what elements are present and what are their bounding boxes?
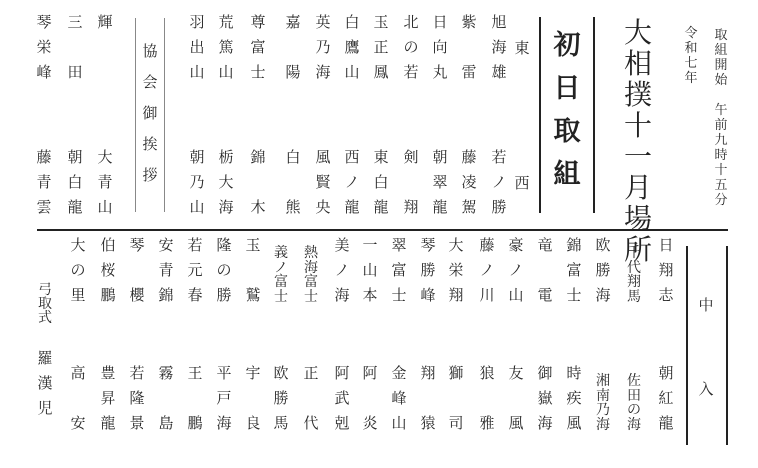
glyph: 勝 [419, 258, 437, 283]
east-wrestler: 安青錦 [157, 233, 175, 308]
glyph: 翔 [447, 283, 465, 308]
glyph: 富 [390, 258, 408, 283]
west-wrestler: 東白龍 [372, 145, 390, 220]
glyph: 山 [343, 60, 361, 85]
glyph: ノ [343, 170, 361, 195]
west-wrestler: 豊昇龍 [99, 361, 117, 436]
glyph: 栄 [447, 258, 465, 283]
glyph: 昇 [99, 386, 117, 411]
west-wrestler: 金峰山 [390, 361, 408, 436]
break-box-left-rule [686, 246, 688, 445]
glyph: 熱 [302, 246, 320, 261]
glyph: 取 [712, 28, 730, 43]
glyph: 三 [66, 10, 84, 35]
east-wrestler: 翠富士 [390, 233, 408, 308]
glyph: 乃 [188, 170, 206, 195]
glyph: 錦 [565, 233, 583, 258]
glyph: 丸 [431, 60, 449, 85]
glyph: 龍 [66, 195, 84, 220]
bow-ceremony-label: 弓取式 [36, 283, 54, 325]
glyph: 日 [552, 67, 582, 110]
glyph: 若 [402, 60, 420, 85]
east-wrestler: 竜 電 [536, 233, 554, 308]
glyph [157, 386, 175, 411]
glyph: 山 [96, 195, 114, 220]
glyph [302, 386, 320, 411]
glyph: 獅 [447, 361, 465, 386]
west-wrestler: 宇 良 [244, 361, 262, 436]
glyph: 士 [302, 290, 320, 305]
west-wrestler: 御嶽海 [536, 361, 554, 436]
glyph: 英 [314, 10, 332, 35]
glyph [249, 170, 267, 195]
glyph: 代 [625, 261, 643, 276]
glyph: 良 [244, 411, 262, 436]
glyph [536, 258, 554, 283]
glyph: 若 [490, 145, 508, 170]
west-wrestler: 友 風 [507, 361, 525, 436]
glyph: 嶽 [536, 386, 554, 411]
glyph: 組 [552, 153, 582, 196]
east-wrestler: 豪ノ山 [507, 233, 525, 308]
glyph: 千 [625, 246, 643, 261]
glyph: 場 [623, 203, 653, 234]
west-wrestler: 風賢央 [314, 145, 332, 220]
glyph: 景 [128, 411, 146, 436]
glyph: 輝 [96, 10, 114, 35]
glyph: 翔 [402, 195, 420, 220]
glyph: 青 [96, 170, 114, 195]
glyph: 海 [536, 411, 554, 436]
glyph: 始 [712, 73, 730, 88]
glyph: 龍 [343, 195, 361, 220]
west-wrestler: 阿 炎 [361, 361, 379, 436]
glyph: 剋 [333, 411, 351, 436]
glyph: 挨 [141, 129, 159, 160]
glyph: 龍 [99, 411, 117, 436]
glyph: 出 [188, 35, 206, 60]
west-wrestler: 朝紅龍 [657, 361, 675, 436]
glyph: 欧 [272, 361, 290, 386]
glyph: 駕 [460, 195, 478, 220]
glyph: 南 [594, 389, 612, 404]
glyph: 翔 [419, 361, 437, 386]
east-wrestler: 千代翔馬 [625, 246, 643, 304]
east-wrestler: 錦富士 [565, 233, 583, 308]
glyph: 十 [623, 110, 653, 141]
glyph: 相 [623, 48, 653, 79]
west-wrestler: 朝翠龍 [431, 145, 449, 220]
west-wrestler: 狼 雅 [478, 361, 496, 436]
east-wrestler: 琴 櫻 [128, 233, 146, 308]
glyph: 大 [447, 233, 465, 258]
glyph: 海 [215, 411, 233, 436]
glyph: 和 [682, 41, 700, 56]
west-wrestler: 時疾風 [565, 361, 583, 436]
glyph: 馬 [272, 411, 290, 436]
glyph: 九 [712, 133, 730, 148]
glyph: 弓 [36, 283, 54, 297]
glyph: 豊 [99, 361, 117, 386]
west-label: 西 [513, 171, 531, 196]
glyph: 里 [69, 283, 87, 308]
glyph: 元 [186, 258, 204, 283]
glyph: 春 [186, 283, 204, 308]
glyph: 大 [623, 17, 653, 48]
west-wrestler: 霧 島 [157, 361, 175, 436]
west-wrestler: 朝白龍 [66, 145, 84, 220]
glyph [69, 386, 87, 411]
glyph [284, 170, 302, 195]
glyph: 北 [402, 10, 420, 35]
east-wrestler: 美ノ海 [333, 233, 351, 308]
glyph: 海 [302, 261, 320, 276]
glyph: 士 [249, 60, 267, 85]
glyph: 風 [565, 411, 583, 436]
start-label: 取組開始 [712, 28, 730, 88]
glyph: 戸 [215, 386, 233, 411]
east-wrestler: 琴栄峰 [35, 10, 53, 85]
glyph: 川 [478, 283, 496, 308]
glyph: 電 [536, 283, 554, 308]
east-wrestler: 白鷹山 [343, 10, 361, 85]
glyph: 木 [249, 195, 267, 220]
east-wrestler: 大の里 [69, 233, 87, 308]
glyph: 山 [188, 60, 206, 85]
east-wrestler: 玉正鳳 [372, 10, 390, 85]
west-wrestler: 欧勝馬 [272, 361, 290, 436]
glyph: 十 [712, 163, 730, 178]
glyph: 翠 [390, 233, 408, 258]
glyph: 取 [552, 110, 582, 153]
east-wrestler: 大栄翔 [447, 233, 465, 308]
glyph [361, 386, 379, 411]
glyph: 翔 [625, 275, 643, 290]
glyph: 山 [507, 283, 525, 308]
glyph: 日 [431, 10, 449, 35]
glyph: 錦 [249, 145, 267, 170]
glyph: 桜 [99, 258, 117, 283]
glyph [478, 386, 496, 411]
glyph [447, 386, 465, 411]
glyph: 馬 [625, 290, 643, 305]
glyph: 年 [682, 71, 700, 86]
glyph: 勝 [490, 195, 508, 220]
east-wrestler: 三 田 [66, 10, 84, 85]
glyph: 白 [372, 170, 390, 195]
break-box-right-rule [726, 246, 728, 445]
glyph: 青 [35, 170, 53, 195]
glyph: 竜 [536, 233, 554, 258]
glyph: 豪 [507, 233, 525, 258]
glyph: 乃 [594, 403, 612, 418]
glyph: 峰 [390, 386, 408, 411]
glyph: 協 [141, 36, 159, 67]
glyph: 安 [69, 411, 87, 436]
glyph: 隆 [215, 233, 233, 258]
glyph: 向 [431, 35, 449, 60]
glyph: 令 [682, 26, 700, 41]
east-wrestler: 藤ノ川 [478, 233, 496, 308]
glyph: 玉 [372, 10, 390, 35]
glyph: 山 [361, 258, 379, 283]
glyph: の [69, 258, 87, 283]
west-wrestler: 大青山 [96, 145, 114, 220]
glyph: 熊 [284, 195, 302, 220]
glyph: 翠 [431, 170, 449, 195]
glyph: 友 [507, 361, 525, 386]
glyph: 士 [390, 283, 408, 308]
glyph: 撲 [623, 79, 653, 110]
glyph: 阿 [361, 361, 379, 386]
glyph: 藤 [460, 145, 478, 170]
glyph: 朝 [657, 361, 675, 386]
west-wrestler: 翔 猿 [419, 361, 437, 436]
west-wrestler: 湘南乃海 [594, 374, 612, 432]
bow-ceremony-performer: 羅漢児 [36, 346, 54, 421]
glyph: 正 [302, 361, 320, 386]
east-label: 東 [513, 36, 531, 61]
glyph: 羽 [188, 10, 206, 35]
glyph: 翔 [657, 258, 675, 283]
glyph: 五 [712, 178, 730, 193]
glyph: 藤 [478, 233, 496, 258]
glyph [66, 35, 84, 60]
glyph: 鷹 [343, 35, 361, 60]
west-wrestler: 正 代 [302, 361, 320, 436]
glyph: 剣 [402, 145, 420, 170]
glyph: の [402, 35, 420, 60]
glyph: 大 [217, 170, 235, 195]
glyph: 月 [623, 172, 653, 203]
glyph: 時 [565, 361, 583, 386]
glyph: 龍 [657, 411, 675, 436]
glyph: 義 [272, 246, 290, 261]
glyph: 海 [217, 195, 235, 220]
glyph: 高 [69, 361, 87, 386]
glyph: 狼 [478, 361, 496, 386]
west-wrestler: 白 熊 [284, 145, 302, 220]
glyph: 紫 [460, 10, 478, 35]
glyph: の [625, 403, 643, 418]
glyph: 尊 [249, 10, 267, 35]
glyph: 篤 [217, 35, 235, 60]
glyph: 雷 [460, 60, 478, 85]
glyph: 王 [186, 361, 204, 386]
glyph: 雄 [490, 60, 508, 85]
glyph: 午 [712, 103, 730, 118]
glyph: 猿 [419, 411, 437, 436]
glyph: 前 [712, 118, 730, 133]
west-wrestler: 若隆景 [128, 361, 146, 436]
glyph: ノ [272, 261, 290, 276]
glyph: 宇 [244, 361, 262, 386]
glyph: 鵬 [99, 283, 117, 308]
east-wrestler: 欧勝海 [594, 233, 612, 308]
east-wrestler: 尊富士 [249, 10, 267, 85]
glyph: 風 [314, 145, 332, 170]
east-wrestler: 荒篤山 [217, 10, 235, 85]
west-wrestler: 阿武剋 [333, 361, 351, 436]
glyph: 一 [361, 233, 379, 258]
glyph: 鷲 [244, 283, 262, 308]
glyph: 雅 [478, 411, 496, 436]
west-wrestler: 高 安 [69, 361, 87, 436]
glyph: 士 [272, 290, 290, 305]
glyph: 琴 [419, 233, 437, 258]
glyph: 東 [372, 145, 390, 170]
glyph: 朝 [188, 145, 206, 170]
glyph: 富 [272, 275, 290, 290]
glyph: 央 [314, 195, 332, 220]
glyph [244, 258, 262, 283]
glyph: 山 [390, 411, 408, 436]
glyph: 勝 [272, 386, 290, 411]
glyph: 若 [128, 361, 146, 386]
west-wrestler: 栃大海 [217, 145, 235, 220]
glyph: 富 [302, 275, 320, 290]
glyph: 栃 [217, 145, 235, 170]
glyph: 山 [217, 60, 235, 85]
glyph [186, 386, 204, 411]
day-title: 初日取組 [552, 24, 582, 196]
glyph: 湘 [594, 374, 612, 389]
west-wrestler: 朝乃山 [188, 145, 206, 220]
east-wrestler: 熱海富士 [302, 246, 320, 304]
glyph: 海 [333, 283, 351, 308]
west-wrestler: 獅 司 [447, 361, 465, 436]
glyph: 藤 [35, 145, 53, 170]
glyph: 田 [66, 60, 84, 85]
break-label-naka: 中 [697, 293, 715, 318]
glyph: 西 [343, 145, 361, 170]
glyph: 霧 [157, 361, 175, 386]
east-wrestler: 義ノ富士 [272, 246, 290, 304]
glyph: 大 [69, 233, 87, 258]
glyph: 玉 [244, 233, 262, 258]
glyph: 琴 [35, 10, 53, 35]
glyph: 荒 [217, 10, 235, 35]
east-wrestler: 英乃海 [314, 10, 332, 85]
glyph: 乃 [314, 35, 332, 60]
glyph: 正 [372, 35, 390, 60]
west-wrestler: 若ノ勝 [490, 145, 508, 220]
east-wrestler: 琴勝峰 [419, 233, 437, 308]
glyph: 御 [536, 361, 554, 386]
glyph: 式 [36, 311, 54, 325]
east-wrestler: 輝 [96, 10, 114, 35]
east-wrestler: 嘉 陽 [284, 10, 302, 85]
glyph: 疾 [565, 386, 583, 411]
glyph [419, 386, 437, 411]
break-label-iri: 入 [697, 377, 715, 402]
glyph: 鳳 [372, 60, 390, 85]
glyph: 栄 [35, 35, 53, 60]
glyph: 志 [657, 283, 675, 308]
glyph: 炎 [361, 411, 379, 436]
west-wrestler: 藤凌駕 [460, 145, 478, 220]
west-wrestler: 平戸海 [215, 361, 233, 436]
east-wrestler: 北の若 [402, 10, 420, 85]
east-wrestler: 隆の勝 [215, 233, 233, 308]
glyph: 阿 [333, 361, 351, 386]
association-greeting: 協会御挨拶 [141, 36, 159, 191]
glyph: 拶 [141, 160, 159, 191]
glyph: 錦 [157, 283, 175, 308]
glyph: 勝 [594, 258, 612, 283]
east-wrestler: 一山本 [361, 233, 379, 308]
era-label: 令和七年 [682, 26, 700, 86]
glyph: 伯 [99, 233, 117, 258]
glyph: 司 [447, 411, 465, 436]
east-wrestler: 羽出山 [188, 10, 206, 85]
glyph: 会 [141, 67, 159, 98]
tournament-title: 大相撲十一月場所 [623, 17, 653, 265]
glyph: 白 [284, 145, 302, 170]
glyph [507, 386, 525, 411]
glyph: 御 [141, 98, 159, 129]
glyph: 美 [333, 233, 351, 258]
glyph: 士 [565, 283, 583, 308]
west-wrestler: 錦 木 [249, 145, 267, 220]
glyph: 漢 [36, 371, 54, 396]
glyph: 陽 [284, 60, 302, 85]
glyph: 本 [361, 283, 379, 308]
glyph: 琴 [128, 233, 146, 258]
glyph: 風 [507, 411, 525, 436]
title-box-left-rule [539, 17, 541, 213]
glyph: 組 [712, 43, 730, 58]
glyph: 龍 [431, 195, 449, 220]
glyph: 旭 [490, 10, 508, 35]
east-wrestler: 日翔志 [657, 233, 675, 308]
glyph: 児 [36, 396, 54, 421]
glyph: 富 [249, 35, 267, 60]
east-wrestler: 若元春 [186, 233, 204, 308]
glyph: 金 [390, 361, 408, 386]
glyph: 青 [157, 258, 175, 283]
glyph: 峰 [419, 283, 437, 308]
glyph: ノ [478, 258, 496, 283]
glyph: 白 [66, 170, 84, 195]
glyph: 嘉 [284, 10, 302, 35]
glyph: 初 [552, 24, 582, 67]
glyph: 代 [302, 411, 320, 436]
glyph: 龍 [372, 195, 390, 220]
glyph: 白 [343, 10, 361, 35]
glyph: 賢 [314, 170, 332, 195]
glyph: 鵬 [186, 411, 204, 436]
glyph: 勝 [215, 283, 233, 308]
glyph: 山 [188, 195, 206, 220]
glyph: 櫻 [128, 283, 146, 308]
glyph: 雲 [35, 195, 53, 220]
glyph: 欧 [594, 233, 612, 258]
glyph: 佐 [625, 374, 643, 389]
glyph: 時 [712, 148, 730, 163]
glyph: 朝 [431, 145, 449, 170]
glyph: 羅 [36, 346, 54, 371]
glyph: 若 [186, 233, 204, 258]
glyph [460, 35, 478, 60]
east-wrestler: 旭海雄 [490, 10, 508, 85]
east-wrestler: 伯桜鵬 [99, 233, 117, 308]
west-wrestler: 王 鵬 [186, 361, 204, 436]
glyph: 一 [623, 141, 653, 172]
start-time: 午前九時十五分 [712, 103, 730, 208]
glyph: 隆 [128, 386, 146, 411]
glyph: ノ [333, 258, 351, 283]
